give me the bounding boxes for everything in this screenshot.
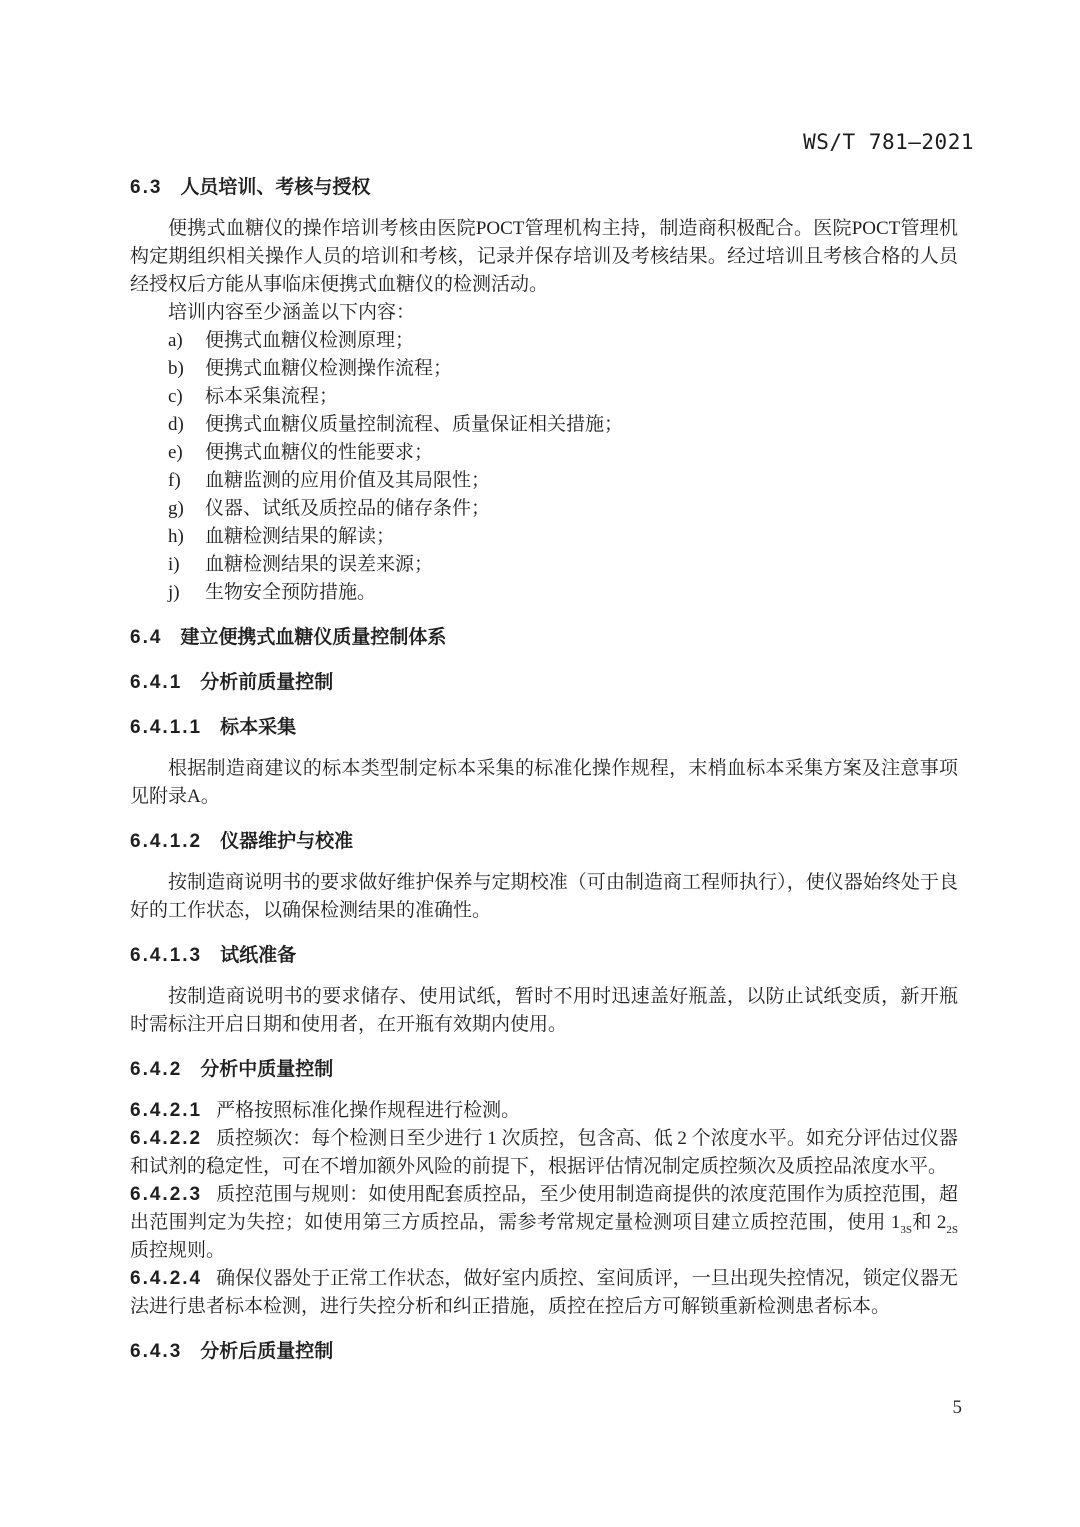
clause-number: 6.4.2.4 xyxy=(130,1268,202,1289)
clause-number: 6.4.2.3 xyxy=(130,1184,202,1205)
text-run: 和 2 xyxy=(912,1212,946,1233)
subscript-text: 2S xyxy=(946,1224,958,1236)
list-item: h)血糖检测结果的解读； xyxy=(130,523,958,551)
clause-number: 6.4.1.3 xyxy=(130,945,202,966)
list-item-text: 生物安全预防措施。 xyxy=(205,582,376,603)
clause-number: 6.4.2 xyxy=(130,1059,182,1080)
list-item-label: g) xyxy=(168,495,205,523)
list-item-label: i) xyxy=(168,551,205,579)
list-item: i)血糖检测结果的误差来源； xyxy=(130,551,958,579)
list-item-text: 便携式血糖仪检测操作流程； xyxy=(205,358,452,379)
paragraph: 便携式血糖仪的操作培训考核由医院POCT管理机构主持，制造商积极配合。医院POC… xyxy=(130,215,958,299)
list-item-label: d) xyxy=(168,411,205,439)
list-item: e)便携式血糖仪的性能要求； xyxy=(130,439,958,467)
list-item-text: 标本采集流程； xyxy=(205,386,338,407)
list-item-text: 血糖检测结果的解读； xyxy=(205,526,395,547)
list-item: j)生物安全预防措施。 xyxy=(130,579,958,607)
section-title: 分析中质量控制 xyxy=(200,1059,333,1080)
list-item: b)便携式血糖仪检测操作流程； xyxy=(130,355,958,383)
page-number: 5 xyxy=(953,1397,963,1419)
text-run: 质控范围与规则：如使用配套质控品，至少使用制造商提供的浓度范围作为质控范围，超出… xyxy=(130,1184,958,1233)
list-item-label: j) xyxy=(168,579,205,607)
clause-number: 6.4.2.2 xyxy=(130,1128,202,1149)
paragraph: 按制造商说明书的要求做好维护保养与定期校准（可由制造商工程师执行），使仪器始终处… xyxy=(130,869,958,925)
list-item-label: e) xyxy=(168,439,205,467)
list-item-label: c) xyxy=(168,383,205,411)
section-heading-6.3: 6.3人员培训、考核与授权 xyxy=(130,174,958,202)
list-item-text: 血糖检测结果的误差来源； xyxy=(205,554,433,575)
list-item: c)标本采集流程； xyxy=(130,383,958,411)
clause-number: 6.4.1.2 xyxy=(130,831,202,852)
training-content-list: a)便携式血糖仪检测原理；b)便携式血糖仪检测操作流程；c)标本采集流程；d)便… xyxy=(130,327,958,607)
clause-paragraph-6.4.2.4: 6.4.2.4确保仪器处于正常工作状态，做好室内质控、室间质评，一旦出现失控情况… xyxy=(130,1265,958,1321)
list-item: f)血糖监测的应用价值及其局限性； xyxy=(130,467,958,495)
subscript-text: 3S xyxy=(900,1224,912,1236)
section-heading-6.4.1.3: 6.4.1.3试纸准备 xyxy=(130,942,958,970)
section-title: 分析后质量控制 xyxy=(200,1341,333,1362)
section-title: 标本采集 xyxy=(220,717,296,738)
list-item-text: 便携式血糖仪检测原理； xyxy=(205,330,414,351)
clause-number: 6.4.2.1 xyxy=(130,1100,202,1121)
list-item: g)仪器、试纸及质控品的储存条件； xyxy=(130,495,958,523)
section-heading-6.4.1.1: 6.4.1.1标本采集 xyxy=(130,714,958,742)
list-item: a)便携式血糖仪检测原理； xyxy=(130,327,958,355)
section-title: 人员培训、考核与授权 xyxy=(180,177,370,198)
list-item-text: 仪器、试纸及质控品的储存条件； xyxy=(205,498,490,519)
list-item-label: b) xyxy=(168,355,205,383)
standard-number-header: WS/T 781—2021 xyxy=(803,130,974,154)
section-title: 仪器维护与校准 xyxy=(220,831,353,852)
clause-number: 6.3 xyxy=(130,177,162,198)
section-heading-6.4.2: 6.4.2分析中质量控制 xyxy=(130,1056,958,1084)
list-item-text: 便携式血糖仪的性能要求； xyxy=(205,442,433,463)
clause-paragraph-6.4.2.3: 6.4.2.3质控范围与规则：如使用配套质控品，至少使用制造商提供的浓度范围作为… xyxy=(130,1181,958,1265)
clause-number: 6.4.1 xyxy=(130,672,182,693)
section-heading-6.4: 6.4建立便携式血糖仪质量控制体系 xyxy=(130,624,958,652)
section-title: 试纸准备 xyxy=(220,945,296,966)
list-item-label: f) xyxy=(168,467,205,495)
clause-number: 6.4.1.1 xyxy=(130,717,202,738)
list-item-text: 血糖监测的应用价值及其局限性； xyxy=(205,470,490,491)
list-item-text: 便携式血糖仪质量控制流程、质量保证相关措施； xyxy=(205,414,623,435)
list-item-label: h) xyxy=(168,523,205,551)
section-title: 分析前质量控制 xyxy=(200,672,333,693)
list-item: d)便携式血糖仪质量控制流程、质量保证相关措施； xyxy=(130,411,958,439)
clause-number: 6.4.3 xyxy=(130,1341,182,1362)
section-heading-6.4.3: 6.4.3分析后质量控制 xyxy=(130,1338,958,1366)
clause-number: 6.4 xyxy=(130,627,162,648)
text-run: 质控规则。 xyxy=(130,1240,225,1261)
clause-paragraph-6.4.2.2: 6.4.2.2质控频次：每个检测日至少进行 1 次质控，包含高、低 2 个浓度水… xyxy=(130,1125,958,1181)
text-run: 确保仪器处于正常工作状态，做好室内质控、室间质评，一旦出现失控情况，锁定仪器无法… xyxy=(130,1268,958,1317)
document-body: 6.3人员培训、考核与授权便携式血糖仪的操作培训考核由医院POCT管理机构主持，… xyxy=(130,174,958,1379)
list-item-label: a) xyxy=(168,327,205,355)
paragraph: 按制造商说明书的要求储存、使用试纸，暂时不用时迅速盖好瓶盖，以防止试纸变质，新开… xyxy=(130,983,958,1039)
text-run: 严格按照标准化操作规程进行检测。 xyxy=(216,1100,520,1121)
paragraph: 培训内容至少涵盖以下内容： xyxy=(130,299,958,327)
section-title: 建立便携式血糖仪质量控制体系 xyxy=(180,627,446,648)
clause-paragraph-6.4.2.1: 6.4.2.1严格按照标准化操作规程进行检测。 xyxy=(130,1097,958,1125)
section-heading-6.4.1: 6.4.1分析前质量控制 xyxy=(130,669,958,697)
text-run: 质控频次：每个检测日至少进行 1 次质控，包含高、低 2 个浓度水平。如充分评估… xyxy=(130,1128,958,1177)
section-heading-6.4.1.2: 6.4.1.2仪器维护与校准 xyxy=(130,828,958,856)
document-page: WS/T 781—2021 6.3人员培训、考核与授权便携式血糖仪的操作培训考核… xyxy=(0,0,1080,1527)
paragraph: 根据制造商建议的标本类型制定标本采集的标准化操作规程，末梢血标本采集方案及注意事… xyxy=(130,755,958,811)
